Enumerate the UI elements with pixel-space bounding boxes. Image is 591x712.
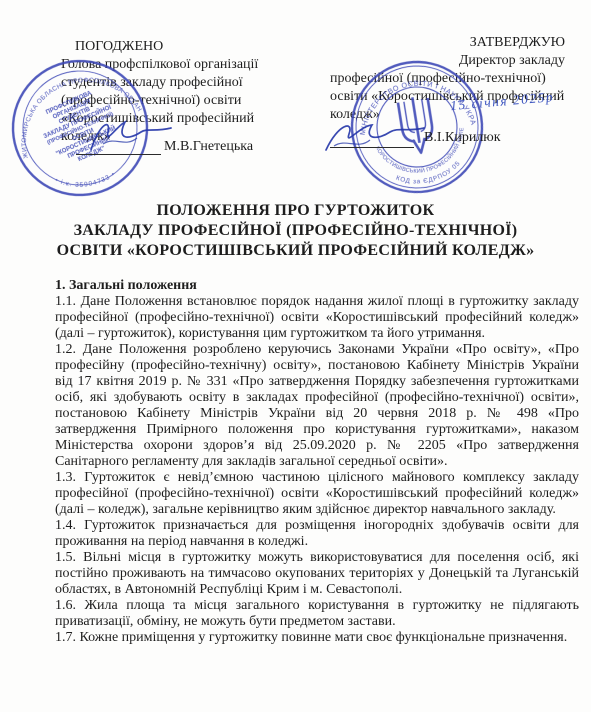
section-heading: 1. Загальні положення	[55, 278, 579, 294]
title-line: ПОЛОЖЕННЯ ПРО ГУРТОЖИТОК	[0, 201, 591, 221]
document-title: ПОЛОЖЕННЯ ПРО ГУРТОЖИТОК ЗАКЛАДУ ПРОФЕСІ…	[0, 201, 591, 261]
signature-line	[330, 146, 414, 148]
paragraph-1-7: 1.7. Кожне приміщення у гуртожитку повин…	[55, 630, 579, 646]
ministry-stamp-ring-bottom: КОД за ЄДРПОУ 05	[393, 159, 464, 189]
paragraph-1-3: 1.3. Гуртожиток є невід’ємною частиною ц…	[55, 470, 579, 518]
paragraph-1-2: 1.2. Дане Положення розроблено керуючись…	[55, 342, 579, 470]
title-line: ЗАКЛАДУ ПРОФЕСІЙНОЇ (ПРОФЕСІЙНО-ТЕХНІЧНО…	[0, 221, 591, 241]
title-line: ОСВІТИ «КОРОСТИШІВСЬКИЙ ПРОФЕСІЙНИЙ КОЛЕ…	[0, 241, 591, 261]
document-body: 1. Загальні положення 1.1. Дане Положенн…	[55, 278, 579, 646]
paragraph-1-1: 1.1. Дане Положення встановлює порядок н…	[55, 294, 579, 342]
paragraph-1-4: 1.4. Гуртожиток призначається для розміщ…	[55, 518, 579, 550]
paragraph-1-5: 1.5. Вільні місця в гуртожитку можуть ви…	[55, 550, 579, 598]
approved-signature-name: В.І.Кирилюк	[424, 130, 501, 146]
svg-text:КОД за ЄДРПОУ 05: КОД за ЄДРПОУ 05	[393, 159, 464, 189]
signature-right-icon	[320, 116, 432, 160]
paragraph-1-6: 1.6. Жила площа та місця загального кори…	[55, 598, 579, 630]
agreed-signature-name: М.В.Гнетецька	[164, 139, 253, 155]
signature-line	[76, 153, 161, 155]
approved-label: ЗАТВЕРДЖУЮ	[330, 34, 565, 52]
document-page: ПОГОДЖЕНО Голова профспілкової організац…	[0, 0, 591, 712]
